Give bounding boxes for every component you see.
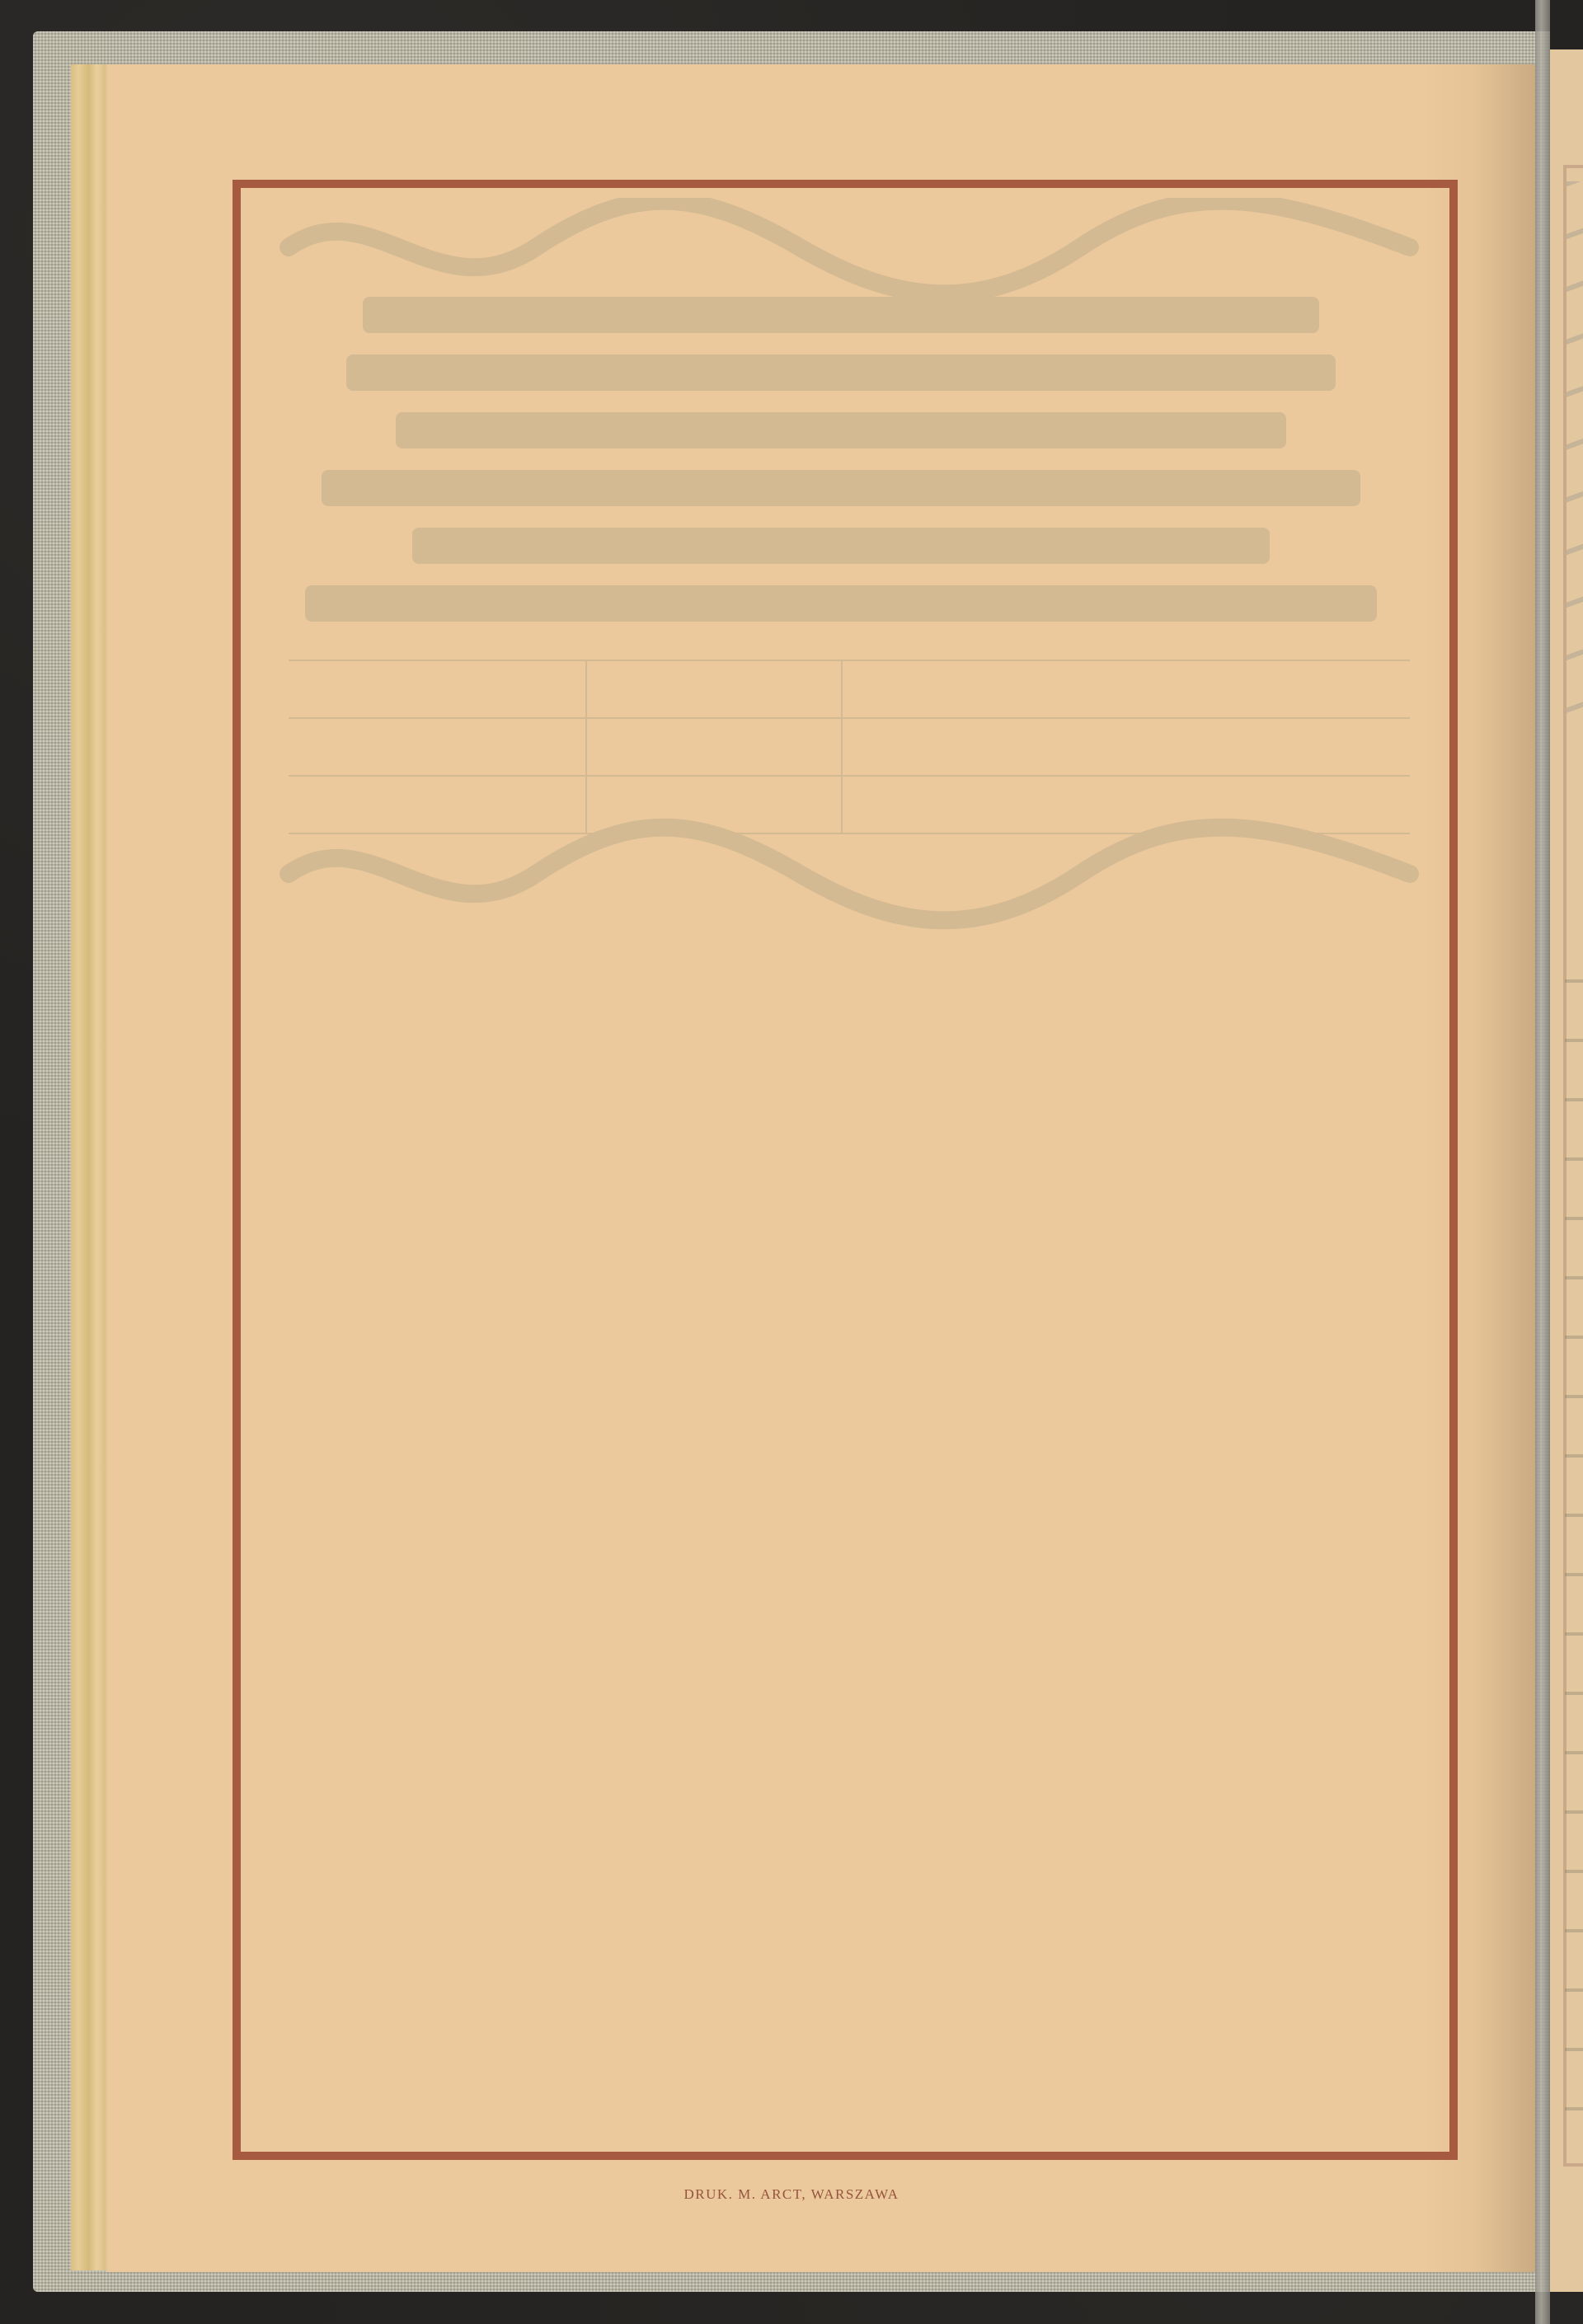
adjacent-page-ornament-icon xyxy=(1567,181,1583,742)
page-block-edges xyxy=(71,64,110,2270)
gutter-shadow xyxy=(1476,64,1535,2272)
protective-sleeve-edge xyxy=(1535,0,1550,2324)
decorative-border-frame xyxy=(233,180,1458,2160)
adjacent-page-handwriting xyxy=(1565,923,1583,2143)
printer-imprint: DRUK. M. ARCT, WARSZAWA xyxy=(0,2186,1583,2203)
